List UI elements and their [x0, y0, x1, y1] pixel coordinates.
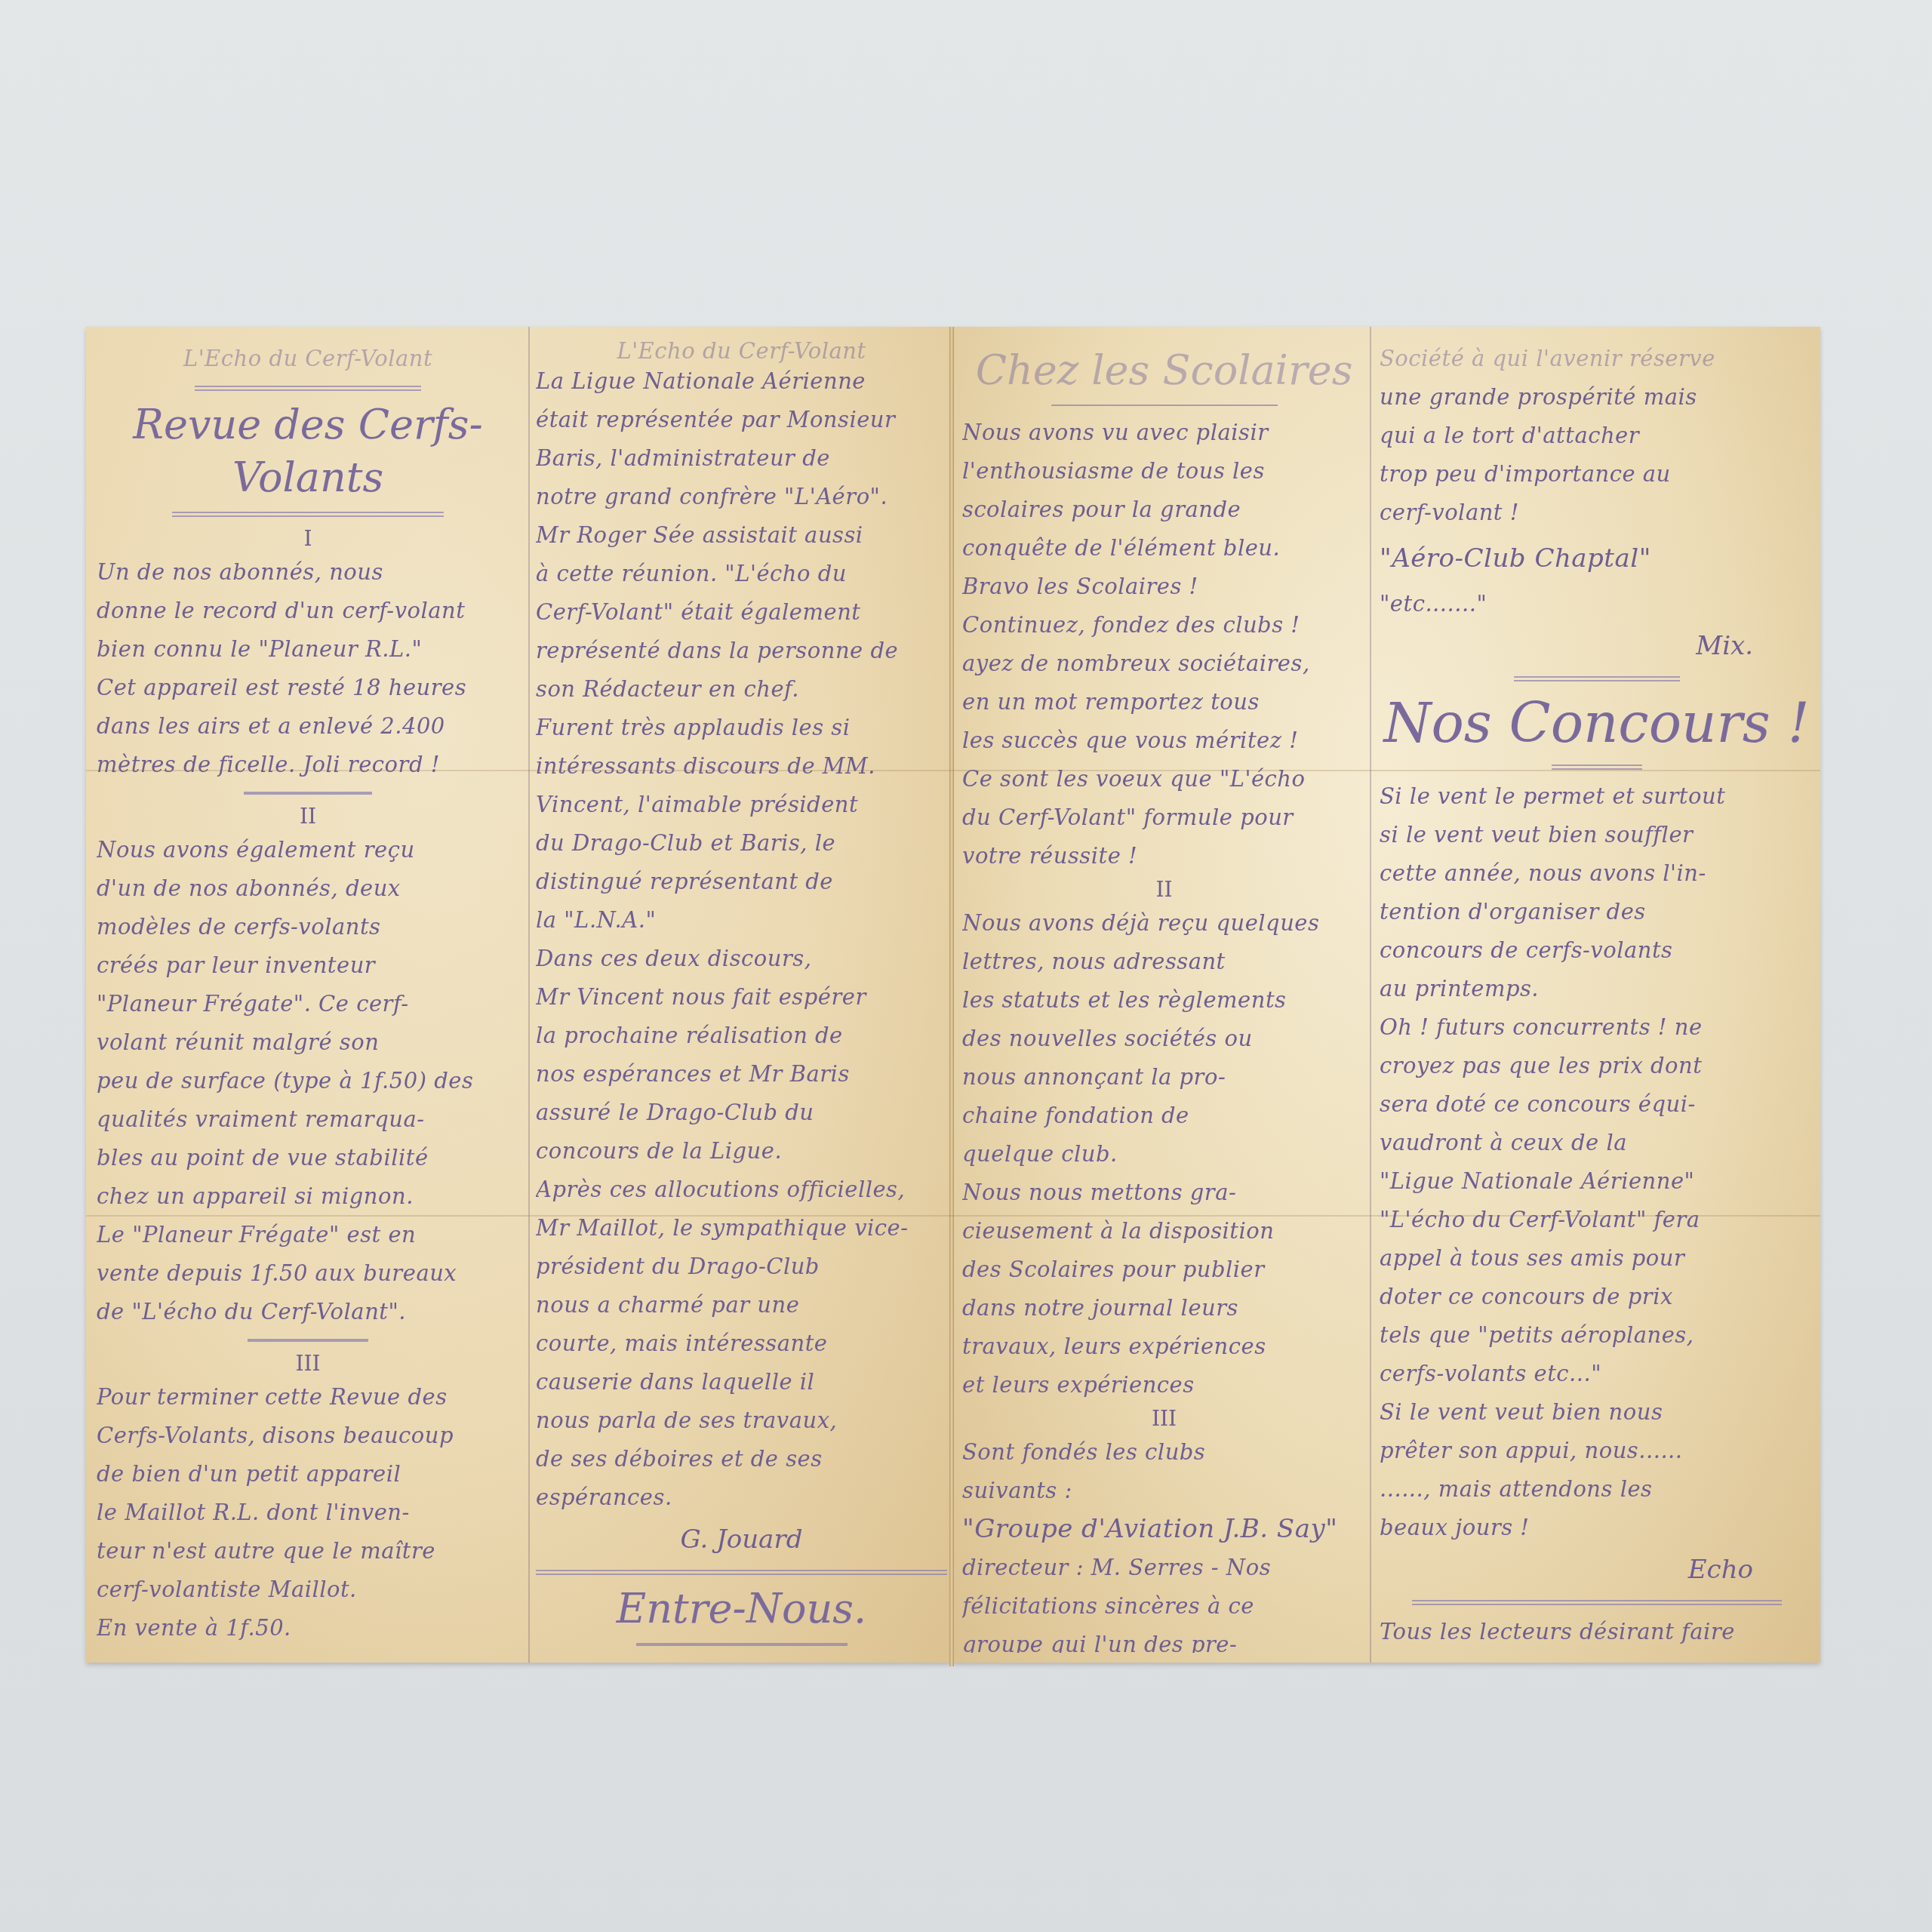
text-line: les succès que vous méritez ! — [962, 721, 1366, 760]
text-line: chaine fondation de — [962, 1097, 1366, 1135]
text-line: cieusement à la disposition — [962, 1212, 1366, 1251]
text-line: les statuts et les règlements — [962, 981, 1366, 1020]
divider — [1514, 676, 1680, 681]
divider — [536, 1570, 947, 1575]
divider — [1412, 1600, 1782, 1605]
text-line: Cet appareil est resté 18 heures — [97, 669, 519, 707]
text-line: scolaires pour la grande — [962, 491, 1366, 529]
text-line: de ses déboires et de ses — [536, 1440, 947, 1478]
text-line: tels que "petits aéroplanes, — [1380, 1316, 1814, 1355]
text-line: cerf-volant ! — [1380, 494, 1814, 532]
club-name: "Groupe d'Aviation J.B. Say" — [962, 1510, 1366, 1549]
text-line: au printemps. — [1380, 970, 1814, 1008]
text-line: ......, mais attendons les — [1380, 1470, 1814, 1509]
part-number: I — [97, 525, 519, 553]
text-line: nos espérances et Mr Baris — [536, 1055, 947, 1094]
text-line: Cerf-Volant" était également — [536, 593, 947, 632]
text-line: Nous nous mettons gra- — [962, 1174, 1366, 1212]
text-line: le Maillot R.L. dont l'inven- — [97, 1494, 519, 1532]
text-line: dans les airs et a enlevé 2.400 — [97, 707, 519, 746]
text-line: distingué représentant de — [536, 863, 947, 901]
part-number: III — [97, 1349, 519, 1378]
column-3: Chez les Scolaires Nous avons vu avec pl… — [962, 340, 1366, 1653]
text-line: groupe qui l'un des pre- — [962, 1626, 1366, 1653]
center-fold — [949, 327, 954, 1666]
text-line: Nous avons également reçu — [97, 831, 519, 869]
text-line: qualités vraiment remarqua- — [97, 1100, 519, 1139]
text-line: en un mot remportez tous — [962, 683, 1366, 721]
text-line: Furent très applaudis les si — [536, 709, 947, 747]
text-line: Nous avons vu avec plaisir — [962, 414, 1366, 452]
text-line: beaux jours ! — [1380, 1509, 1814, 1547]
text-line: directeur : M. Serres - Nos — [962, 1549, 1366, 1587]
text-line: était représentée par Monsieur — [536, 401, 947, 439]
text-line: teur n'est autre que le maître — [97, 1532, 519, 1571]
text-line: cette année, nous avons l'in- — [1380, 854, 1814, 893]
divider — [248, 1339, 368, 1342]
column-4: Société à qui l'avenir réserve une grand… — [1380, 340, 1814, 1653]
column-divider — [528, 327, 530, 1663]
section-title: Entre-Nous. — [536, 1583, 947, 1635]
text-line: Dans ces deux discours, — [536, 940, 947, 978]
text-line: "etc......." — [1380, 585, 1814, 623]
text-line: quelque club. — [962, 1135, 1366, 1174]
author-signature: Echo — [1380, 1547, 1814, 1592]
club-name: "Aéro-Club Chaptal" — [1380, 532, 1814, 585]
text-line: vaudront à ceux de la — [1380, 1124, 1814, 1162]
text-line: nous annonçant la pro- — [962, 1058, 1366, 1097]
text-line: sera doté ce concours équi- — [1380, 1085, 1814, 1124]
text-line: espérances. — [536, 1478, 947, 1517]
text-line: concours de la Ligue. — [536, 1132, 947, 1171]
text-line: causerie dans laquelle il — [536, 1363, 947, 1401]
text-line: Société à qui l'avenir réserve — [1380, 340, 1814, 378]
divider — [244, 792, 372, 795]
text-line: insérer un article dans le No — [1380, 1651, 1814, 1653]
running-header: L'Echo du Cerf-Volant — [536, 340, 947, 362]
text-line: donne le record d'un cerf-volant — [97, 592, 519, 630]
text-line: de bien d'un petit appareil — [97, 1455, 519, 1494]
text-line: du Cerf-Volant" formule pour — [962, 798, 1366, 837]
text-line: Oh ! futurs concurrents ! ne — [1380, 1008, 1814, 1047]
text-line: et leurs expériences — [962, 1366, 1366, 1404]
text-line: lettres, nous adressant — [962, 943, 1366, 981]
text-line: chez un appareil si mignon. — [97, 1177, 519, 1216]
text-line: croyez pas que les prix dont — [1380, 1047, 1814, 1085]
text-line: Pour terminer cette Revue des — [97, 1378, 519, 1417]
text-line: Mr Vincent nous fait espérer — [536, 978, 947, 1017]
text-line: Bravo les Scolaires ! — [962, 568, 1366, 606]
divider — [1552, 764, 1642, 770]
text-line: doter ce concours de prix — [1380, 1278, 1814, 1316]
text-line: de "L'écho du Cerf-Volant". — [97, 1293, 519, 1331]
divider — [172, 512, 444, 517]
divider — [195, 386, 421, 391]
text-line: dans notre journal leurs — [962, 1289, 1366, 1327]
text-line: Tous les lecteurs désirant faire — [1380, 1613, 1814, 1651]
part-number: II — [962, 875, 1366, 904]
text-line: courte, mais intéressante — [536, 1324, 947, 1363]
text-line: cerfs-volants etc..." — [1380, 1355, 1814, 1393]
text-line: à cette réunion. "L'écho du — [536, 555, 947, 593]
text-line: tention d'organiser des — [1380, 893, 1814, 931]
text-line: assuré le Drago-Club du — [536, 1094, 947, 1132]
text-line: Continuez, fondez des clubs ! — [962, 606, 1366, 645]
text-line: son Rédacteur en chef. — [536, 670, 947, 709]
text-line: "Ligue Nationale Aérienne" — [1380, 1162, 1814, 1201]
text-line: Mr Maillot, le sympathique vice- — [536, 1209, 947, 1247]
text-line: nous parla de ses travaux, — [536, 1401, 947, 1440]
text-line: Baris, l'administrateur de — [536, 439, 947, 478]
text-line: des Scolaires pour publier — [962, 1251, 1366, 1289]
section-title: Revue des Cerfs-Volants — [97, 398, 519, 504]
text-line: des nouvelles sociétés ou — [962, 1020, 1366, 1058]
text-line: appel à tous ses amis pour — [1380, 1239, 1814, 1278]
text-line: "Planeur Frégate". Ce cerf- — [97, 985, 519, 1023]
text-line: notre grand confrère "L'Aéro". — [536, 478, 947, 516]
text-line: conquête de l'élément bleu. — [962, 529, 1366, 568]
text-line: l'enthousiasme de tous les — [962, 452, 1366, 491]
column-1: L'Echo du Cerf-Volant Revue des Cerfs-Vo… — [97, 340, 519, 1653]
text-line: Le "Planeur Frégate" est en — [97, 1216, 519, 1254]
text-line: mètres de ficelle. Joli record ! — [97, 746, 519, 784]
text-line: "L'écho du Cerf-Volant" fera — [1380, 1201, 1814, 1239]
text-line: d'un de nos abonnés, deux — [97, 869, 519, 908]
divider — [1051, 405, 1278, 406]
text-line: félicitations sincères à ce — [962, 1587, 1366, 1626]
text-line: volant réunit malgré son — [97, 1023, 519, 1062]
text-line: représenté dans la personne de — [536, 632, 947, 670]
text-line: si le vent veut bien souffler — [1380, 816, 1814, 854]
part-number: II — [97, 802, 519, 831]
text-line: nous a charmé par une — [536, 1286, 947, 1324]
column-2: L'Echo du Cerf-Volant La Ligue Nationale… — [536, 340, 947, 1653]
text-line: concours de cerfs-volants — [1380, 931, 1814, 970]
text-line: créés par leur inventeur — [97, 946, 519, 985]
text-line: Vincent, l'aimable président — [536, 786, 947, 824]
text-line: la "L.N.A." — [536, 901, 947, 940]
section-title: Chez les Scolaires — [962, 344, 1366, 397]
part-number: III — [962, 1404, 1366, 1433]
author-signature: G. Jouard — [536, 1517, 947, 1562]
text-line: Mr Roger Sée assistait aussi — [536, 516, 947, 555]
text-line: cerf-volantiste Maillot. — [97, 1571, 519, 1609]
text-line: une grande prospérité mais — [1380, 378, 1814, 417]
text-line: travaux, leurs expériences — [962, 1327, 1366, 1366]
text-line: suivants : — [962, 1472, 1366, 1510]
text-line: Si le vent veut bien nous — [1380, 1393, 1814, 1432]
text-line: qui a le tort d'attacher — [1380, 417, 1814, 455]
divider — [636, 1643, 848, 1646]
text-line: Nous avons déjà reçu quelques — [962, 904, 1366, 943]
text-line: prêter son appui, nous...... — [1380, 1432, 1814, 1470]
text-line: Sont fondés les clubs — [962, 1433, 1366, 1472]
text-line: La Ligue Nationale Aérienne — [536, 362, 947, 401]
text-line: intéressants discours de MM. — [536, 747, 947, 786]
text-line: bles au point de vue stabilité — [97, 1139, 519, 1177]
column-divider — [1370, 327, 1371, 1663]
text-line: modèles de cerfs-volants — [97, 908, 519, 946]
text-line: Un de nos abonnés, nous — [97, 553, 519, 592]
text-line: vente depuis 1f.50 aux bureaux — [97, 1254, 519, 1293]
text-line: trop peu d'importance au — [1380, 455, 1814, 494]
text-line: bien connu le "Planeur R.L." — [97, 630, 519, 669]
text-line: du Drago-Club et Baris, le — [536, 824, 947, 863]
text-line: Cerfs-Volants, disons beaucoup — [97, 1417, 519, 1455]
text-line: peu de surface (type à 1f.50) des — [97, 1062, 519, 1100]
text-line: président du Drago-Club — [536, 1247, 947, 1286]
text-line: Si le vent le permet et surtout — [1380, 777, 1814, 816]
text-line: ayez de nombreux sociétaires, — [962, 645, 1366, 683]
author-signature: Mix. — [1380, 623, 1814, 669]
text-line: En vente à 1f.50. — [97, 1609, 519, 1647]
text-line: Ce sont les voeux que "L'écho — [962, 760, 1366, 798]
section-title: Nos Concours ! — [1380, 689, 1814, 757]
text-line: Après ces allocutions officielles, — [536, 1171, 947, 1209]
running-header: L'Echo du Cerf-Volant — [97, 340, 519, 378]
text-line: votre réussite ! — [962, 837, 1366, 875]
text-line: la prochaine réalisation de — [536, 1017, 947, 1055]
